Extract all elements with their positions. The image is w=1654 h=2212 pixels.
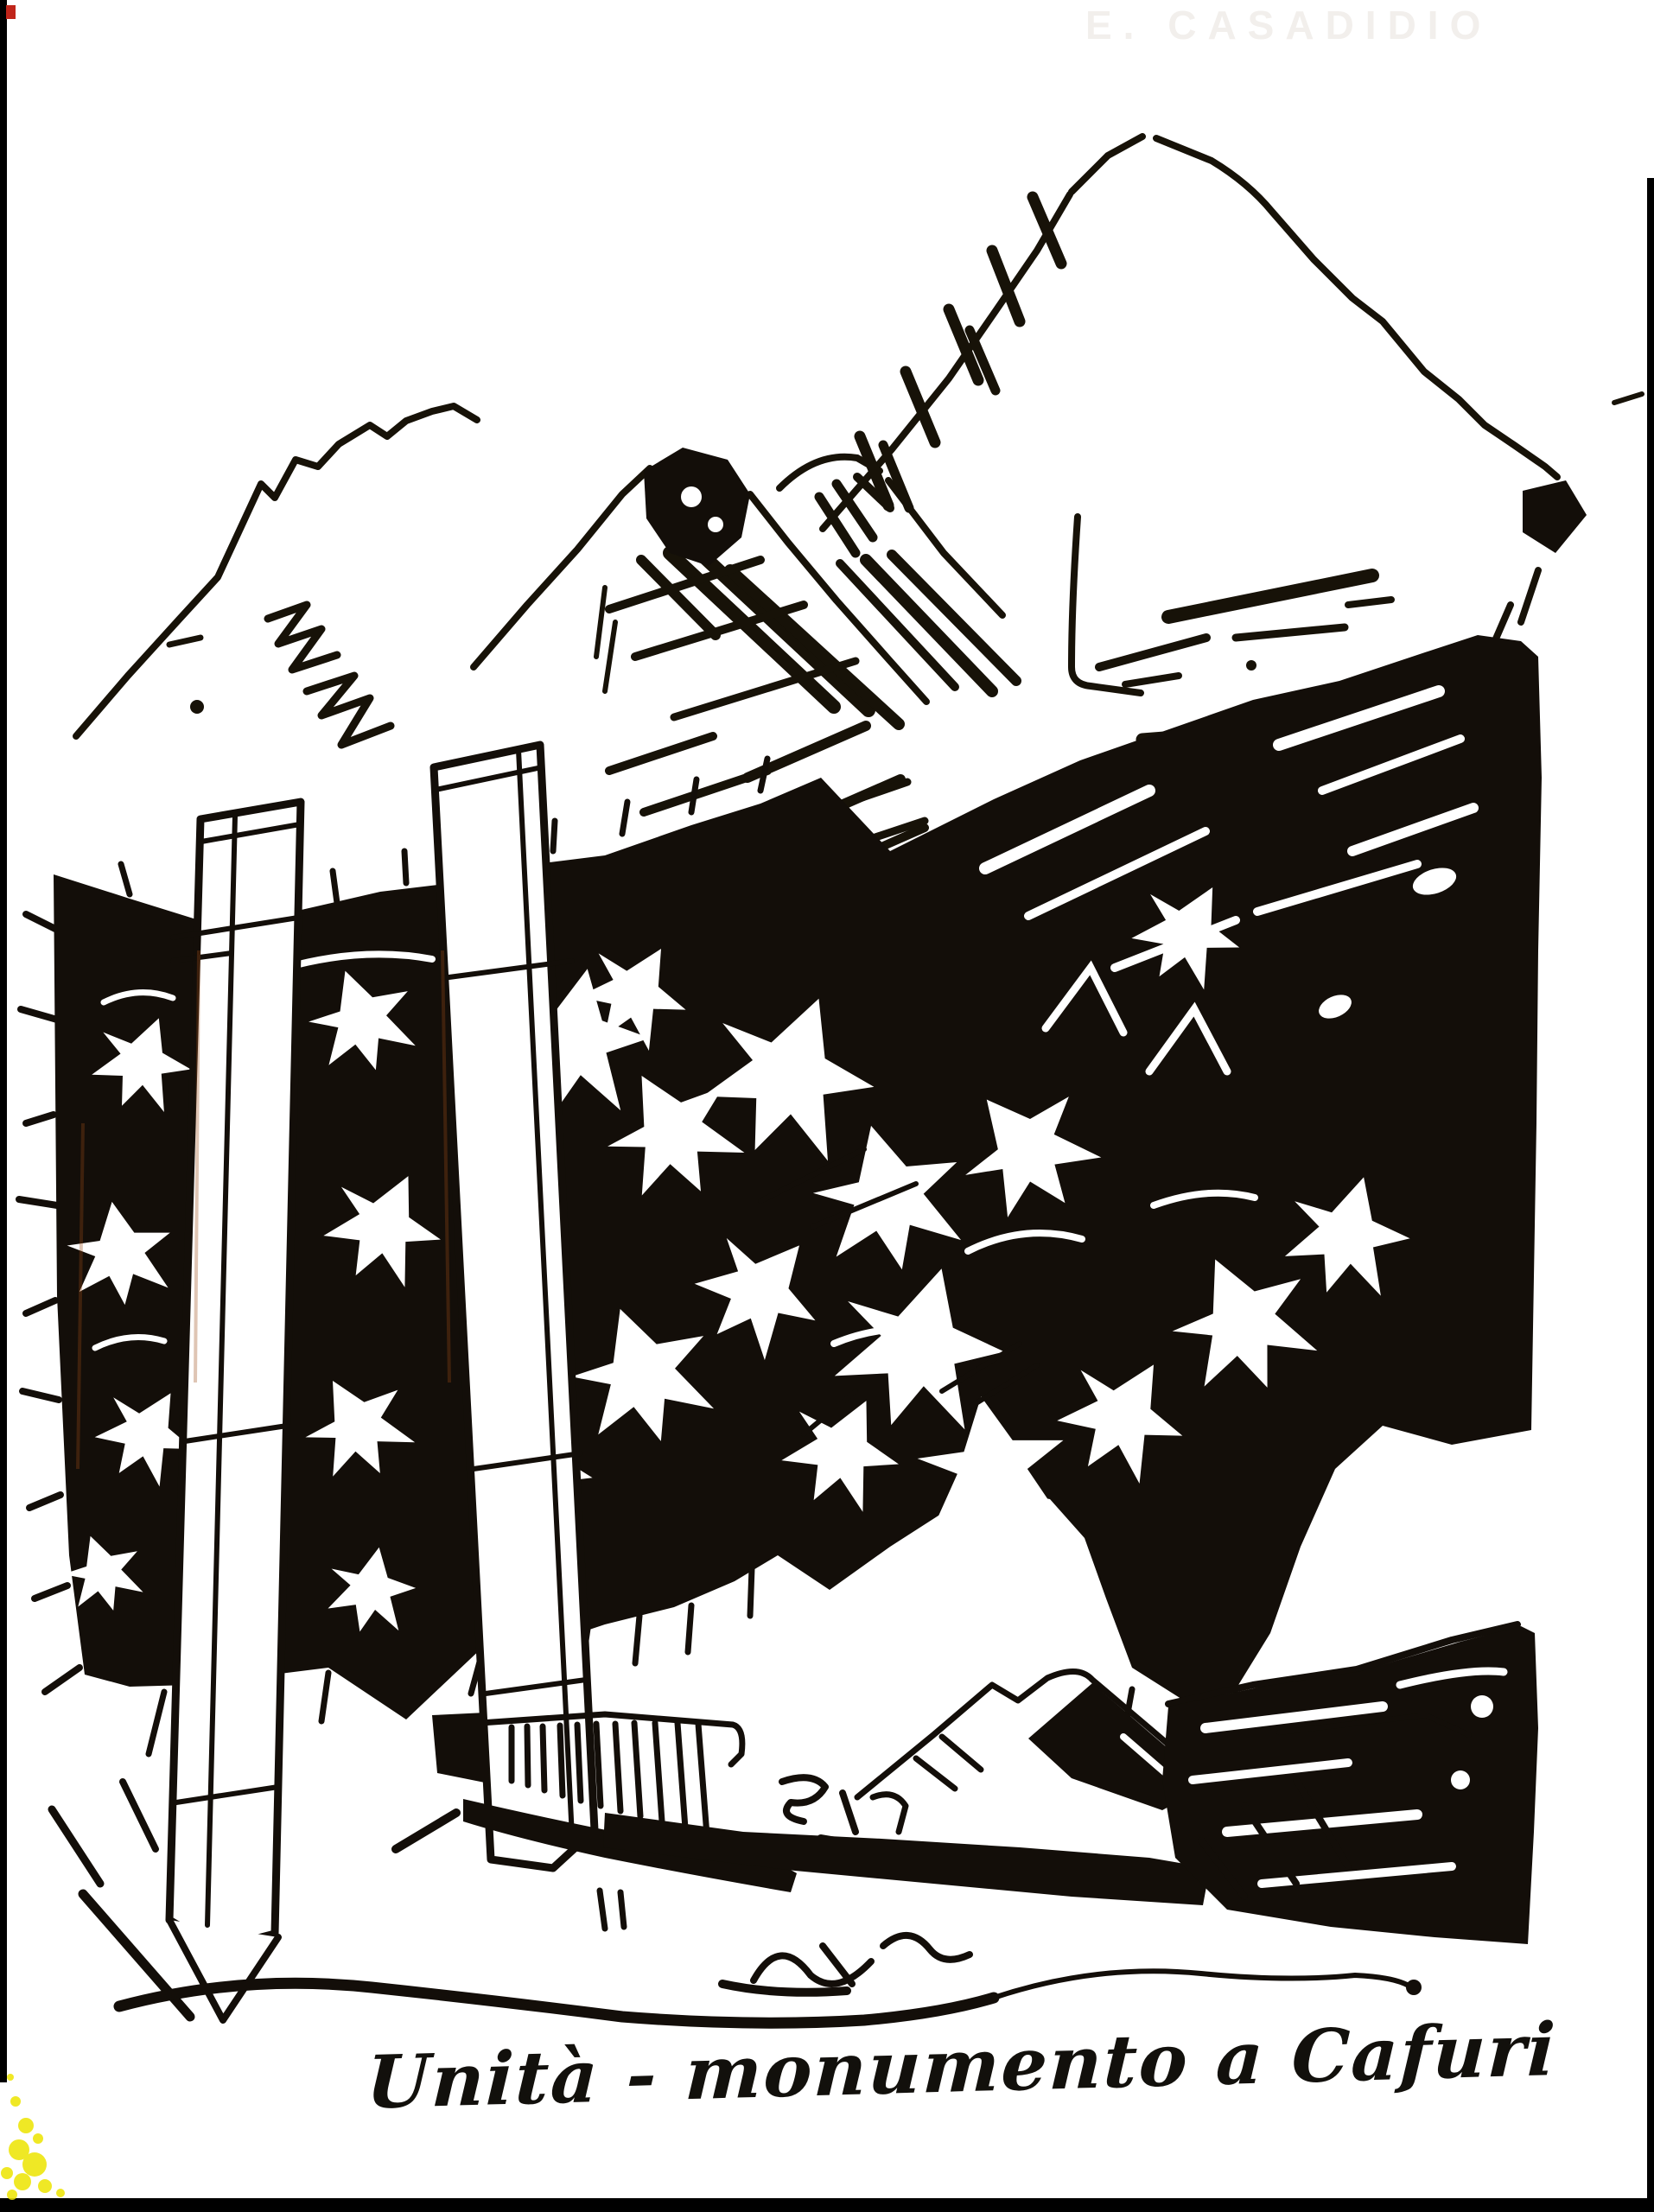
scan-border-right — [1647, 178, 1654, 2212]
yellow-scan-smudge — [1, 2074, 65, 2200]
scan-border-bottom — [0, 2198, 1654, 2212]
ink-sketch-drawing — [0, 0, 1654, 2212]
red-scan-mark — [6, 5, 16, 19]
mountain-ink-blobs — [644, 448, 1587, 566]
scan-border-left — [0, 0, 7, 2082]
ground-line — [119, 1983, 994, 2023]
scanned-sketch-page: E. CASADIDIO — [0, 0, 1654, 2212]
